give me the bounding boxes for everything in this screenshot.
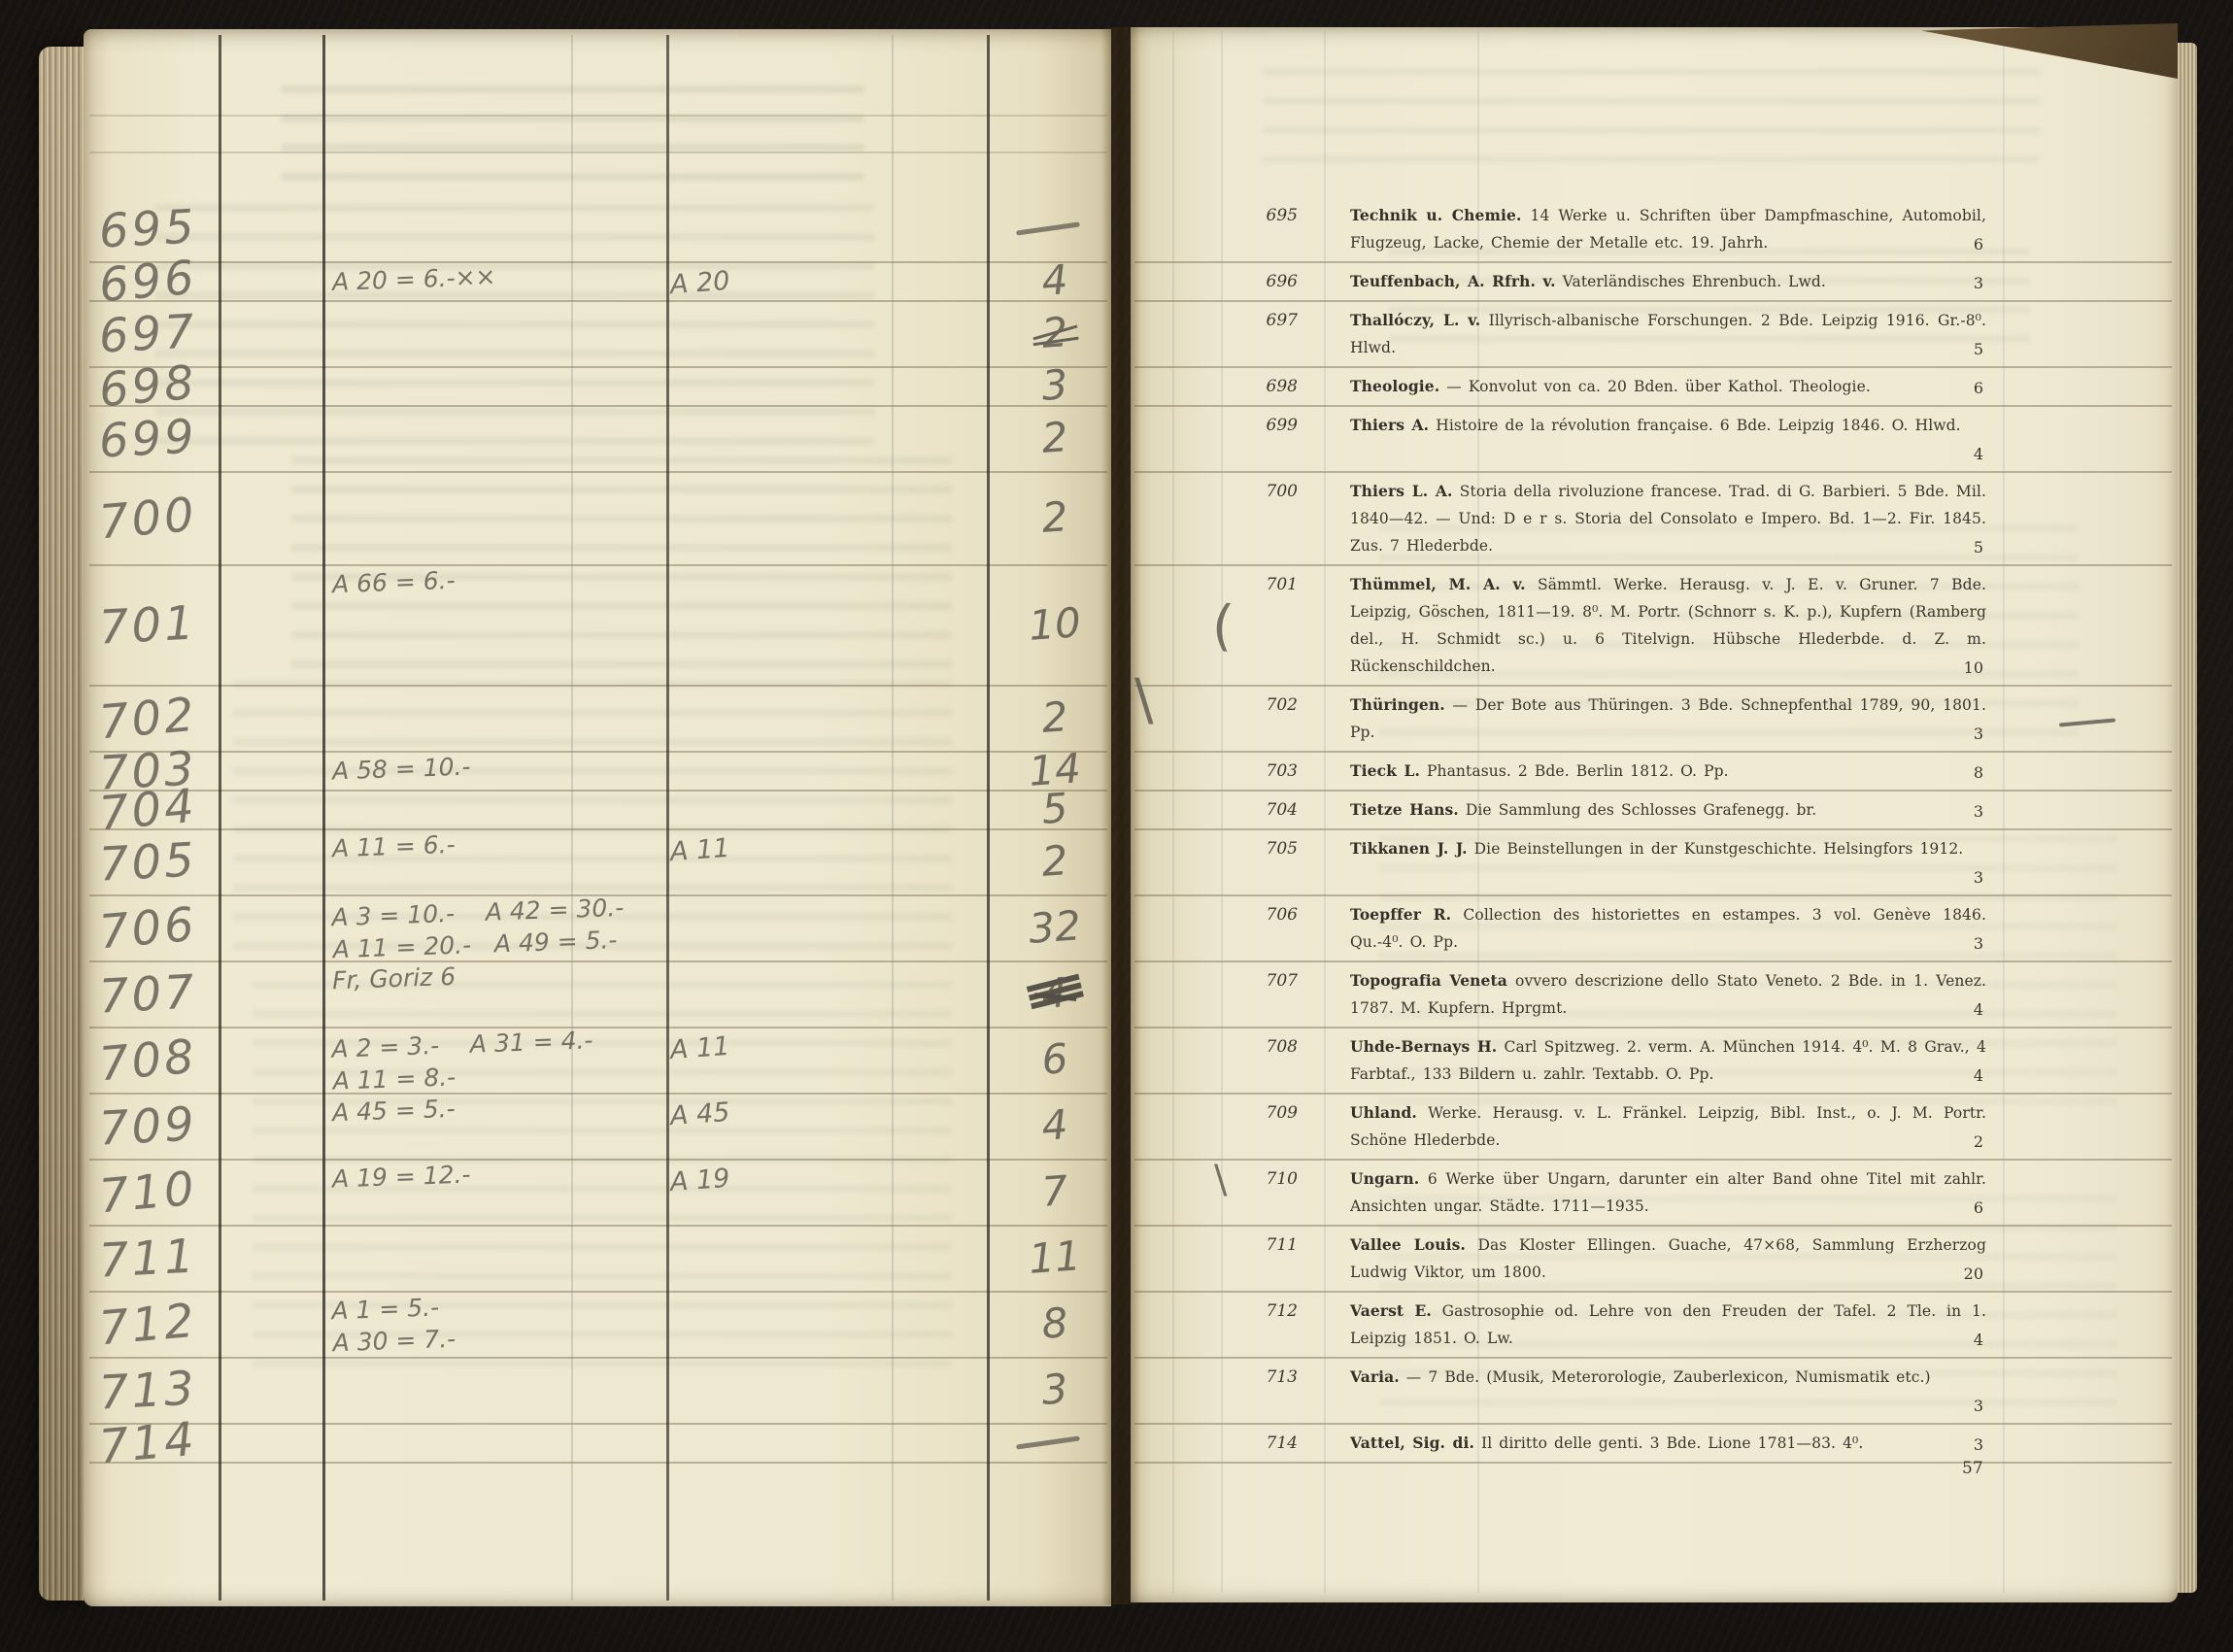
lot-value-number: 3 [1040,1365,1069,1415]
entry-lead: Topografia Veneta [1350,971,1507,990]
pencil-price-note: A 2 = 3.- A 31 = 4.-A 11 = 8.- [331,1024,594,1096]
page-number: 57 [1962,1459,1983,1478]
lot-value-number: 2 [1040,492,1069,543]
catalog-entry: 709Uhland. Werke. Herausg. v. L. Fränkel… [1133,1094,2174,1160]
entry-lead: Thiers A. [1350,416,1429,434]
entry-price: 4 [1974,1062,1983,1090]
pencil-note-line: A 19 = 12.- [331,1159,471,1196]
lot-value-number: 7 [1040,1166,1069,1217]
ledger-row: 705A 11 = 6.-A 112 [84,829,1111,895]
entry-price: 3 [1974,721,1983,748]
catalog-entry: 707Topografia Veneta ovvero descrizione … [1133,961,2174,1028]
lot-value: 6 [985,1030,1124,1089]
ruled-line [89,152,1107,153]
lot-number: 710 [97,1161,199,1226]
lot-value-number: 2 [1040,836,1069,887]
entry-number: 704 [1216,791,1298,824]
lot-value-number: 5 [1040,784,1069,834]
ledger-row: 7002 [84,472,1111,565]
entry-price: 3 [1974,1393,1983,1420]
entry-price: 3 [1974,864,1983,892]
catalog-entry: 700Thiers L. A. Storia della rivoluzione… [1133,472,2174,565]
lot-value-number: 4 [1040,255,1069,306]
entry-text: Tikkanen J. J. Die Beinstellungen in der… [1350,835,1986,893]
entry-lead: Tieck L. [1350,761,1420,780]
entry-description: — Der Bote aus Thüringen. 3 Bde. Schnepf… [1350,696,1986,741]
entry-number: 712 [1216,1292,1298,1325]
catalog-entry: 711Vallee Louis. Das Kloster Ellingen. G… [1133,1226,2174,1292]
pencil-price-note: A 1 = 5.-A 30 = 7.- [331,1291,457,1359]
entry-description: Gastrosophie od. Lehre von den Freuden d… [1350,1302,1986,1347]
lot-number: 699 [98,408,199,469]
pencil-note-line: A 20 = 6.-×× [331,260,496,298]
entry-description: Il diritto delle genti. 3 Bde. Lione 178… [1481,1434,1863,1452]
ledger-row: 712A 1 = 5.-A 30 = 7.-8 [84,1292,1111,1358]
pencil-lot-tag: A 11 [669,1031,730,1065]
lot-value-struck: 4 [1040,968,1069,1019]
entry-description: — Konvolut von ca. 20 Bden. über Kathol.… [1446,378,1871,395]
ledger-row: 7133 [84,1358,1111,1424]
lot-value-number: 6 [1040,1034,1069,1085]
ledger-row: 706A 3 = 10.- A 42 = 30.-A 11 = 20.- A 4… [84,895,1111,961]
entry-number: 700 [1216,472,1298,505]
lot-value: 11 [985,1229,1124,1287]
ledger-row: 6992 [84,406,1111,472]
ledger-row: 707Fr, Goriz 64 [84,961,1111,1028]
catalog-entry: 714Vattel, Sig. di. Il diritto delle gen… [1133,1424,2174,1463]
entry-lead: Thallóczy, L. v. [1350,311,1480,329]
entry-number: 706 [1216,895,1298,928]
entry-description: Histoire de la révolution française. 6 B… [1436,417,1960,434]
lot-value-number: 2 [1040,413,1069,463]
entry-price: 10 [1964,655,1983,682]
ledger-row: 710A 19 = 12.-A 197 [84,1160,1111,1226]
ledger-row: 7045 [84,791,1111,829]
lot-value-struck: 2 [1040,308,1069,358]
entry-price: 3 [1974,1432,1983,1459]
pencil-lot-tag: A 11 [669,833,730,867]
lot-value-number: 11 [1028,1231,1083,1284]
entry-lead: Vaerst E. [1350,1301,1432,1320]
lot-value: 3 [985,1361,1124,1419]
lot-value: 7 [985,1163,1124,1221]
entry-text: Thiers A. Histoire de la révolution fran… [1350,412,1986,470]
catalog-entry: 705Tikkanen J. J. Die Beinstellungen in … [1133,829,2174,895]
entry-number: 696 [1216,262,1298,295]
catalog-entry: 698Theologie. — Konvolut von ca. 20 Bden… [1133,367,2174,406]
pencil-note-line: Fr, Goriz 6 [331,961,456,996]
entry-number: 702 [1216,686,1298,719]
lot-value: 10 [985,595,1124,654]
entry-lead: Tietze Hans. [1350,800,1459,819]
entry-number: 698 [1216,367,1298,400]
catalog-entry: 702Thüringen. — Der Bote aus Thüringen. … [1133,686,2174,752]
ledger-row: 701A 66 = 6.-10 [84,565,1111,686]
entry-number: 713 [1216,1358,1298,1391]
catalog-entry: 699Thiers A. Histoire de la révolution f… [1133,406,2174,472]
entry-price: 6 [1974,231,1983,258]
entry-number: 699 [1216,406,1298,439]
entry-price: 6 [1974,1195,1983,1222]
lot-value: 32 [985,898,1124,957]
page-stack-right-edge [2178,43,2197,1593]
page-stack-left-edge [39,47,85,1601]
ledger-row: 703A 58 = 10.-14 [84,752,1111,791]
entry-number: 708 [1216,1028,1298,1061]
entry-text: Vaerst E. Gastrosophie od. Lehre von den… [1350,1298,1986,1356]
entry-text: Teuffenbach, A. Rfrh. v. Vaterländisches… [1350,268,1986,299]
entry-text: Varia. — 7 Bde. (Musik, Meterorologie, Z… [1350,1364,1986,1422]
entry-price: 5 [1974,534,1983,561]
catalog-entry: 701Thümmel, M. A. v. Sämmtl. Werke. Hera… [1133,565,2174,686]
entry-number: 709 [1216,1094,1298,1127]
entry-description: — 7 Bde. (Musik, Meterorologie, Zauberle… [1406,1368,1931,1386]
lot-number: 700 [97,487,199,552]
ledger-row: 695 [84,196,1111,262]
entry-price: 4 [1974,441,1983,468]
lot-number: 712 [97,1293,199,1358]
entry-price: 2 [1974,1129,1983,1156]
ruled-line [89,115,1107,117]
pencil-note-line: A 45 = 5.- [331,1093,456,1129]
catalog-entry: 695Technik u. Chemie. 14 Werke u. Schrif… [1133,196,2174,262]
entry-price: 8 [1974,759,1983,787]
entry-number: 711 [1216,1226,1298,1259]
pencil-lot-tag: A 19 [669,1163,730,1197]
entry-price: 4 [1974,1327,1983,1354]
ledger-row: 71111 [84,1226,1111,1292]
lot-value: 2 [985,689,1124,747]
lot-value-number: 32 [1028,901,1083,954]
entry-text: Tieck L. Phantasus. 2 Bde. Berlin 1812. … [1350,758,1986,789]
pencil-price-note: A 45 = 5.- [331,1093,456,1129]
pencil-price-note: A 20 = 6.-×× [331,260,496,298]
pencil-stroke-702: \ [1134,666,1154,732]
pencil-lot-tag: A 20 [669,266,730,300]
entry-number: 703 [1216,752,1298,785]
ledger-row: 7022 [84,686,1111,752]
pencil-note-line: A 66 = 6.- [331,564,456,600]
entry-text: Uhde-Bernays H. Carl Spitzweg. 2. verm. … [1350,1033,1986,1092]
entry-lead: Varia. [1350,1367,1400,1386]
lot-value-number: 8 [1040,1298,1069,1349]
entry-description: Die Beinstellungen in der Kunstgeschicht… [1474,840,1964,858]
pencil-price-note: A 3 = 10.- A 42 = 30.-A 11 = 20.- A 49 =… [331,892,626,965]
entry-text: Theologie. — Konvolut von ca. 20 Bden. ü… [1350,373,1986,404]
entry-text: Thümmel, M. A. v. Sämmtl. Werke. Herausg… [1350,571,1986,684]
entry-price: 4 [1974,996,1983,1024]
lot-value-number: 4 [1040,1100,1069,1151]
entry-number: 705 [1216,829,1298,862]
ledger-row: 714 [84,1424,1111,1463]
entry-lead: Toepffer R. [1350,905,1451,924]
pencil-note-line: A 1 = 5.- [331,1291,456,1327]
ledger-row: 708A 2 = 3.- A 31 = 4.-A 11 = 8.-A 116 [84,1028,1111,1094]
lot-value: 4 [985,1096,1124,1155]
entry-text: Thallóczy, L. v. Illyrisch-albanische Fo… [1350,307,1986,365]
lot-value-number: 10 [1028,598,1083,651]
entry-text: Toepffer R. Collection des historiettes … [1350,901,1986,960]
entry-price: 5 [1974,336,1983,363]
entry-price: 3 [1974,270,1983,297]
entry-lead: Thümmel, M. A. v. [1350,575,1526,593]
lot-number: 711 [98,1228,199,1289]
entry-text: Ungarn. 6 Werke über Ungarn, darunter ei… [1350,1165,1986,1224]
entry-lead: Technik u. Chemie. [1350,206,1521,224]
pencil-price-note: Fr, Goriz 6 [331,961,456,996]
bleed-through-text [1263,68,2040,185]
lot-value: 2 [985,832,1124,891]
lot-value: 4 [985,964,1124,1023]
entry-text: Thüringen. — Der Bote aus Thüringen. 3 B… [1350,691,1986,750]
lot-number: 705 [98,831,199,893]
pencil-stroke-710: \ [1214,1158,1227,1202]
lot-value: 8 [985,1295,1124,1353]
lot-value-number: 3 [1040,360,1069,411]
catalog-entry: 696Teuffenbach, A. Rfrh. v. Vaterländisc… [1133,262,2174,301]
lot-value-number: 2 [1040,692,1069,743]
lot-value: 2 [985,409,1124,467]
catalog-entry: 710Ungarn. 6 Werke über Ungarn, darunter… [1133,1160,2174,1226]
entry-text: Uhland. Werke. Herausg. v. L. Fränkel. L… [1350,1099,1986,1158]
pencil-price-note: A 19 = 12.- [331,1159,471,1196]
entry-description: Vaterländisches Ehrenbuch. Lwd. [1563,273,1826,290]
catalog-entry: 708Uhde-Bernays H. Carl Spitzweg. 2. ver… [1133,1028,2174,1094]
ledger-row: 709A 45 = 5.-A 454 [84,1094,1111,1160]
entry-text: Technik u. Chemie. 14 Werke u. Schriften… [1350,202,1986,260]
entry-price: 20 [1964,1261,1983,1288]
entry-text: Tietze Hans. Die Sammlung des Schlosses … [1350,796,1986,827]
pencil-price-note: A 11 = 6.- [331,828,456,864]
entry-number: 701 [1216,565,1298,598]
entry-text: Vattel, Sig. di. Il diritto delle genti.… [1350,1430,1986,1461]
entry-lead: Vattel, Sig. di. [1350,1433,1474,1452]
book-photo: 695696A 20 = 6.-××A 20469726983699270027… [0,0,2233,1652]
entry-lead: Thiers L. A. [1350,482,1453,500]
entry-number: 697 [1216,301,1298,334]
entry-number: 710 [1216,1160,1298,1193]
lot-value: 2 [985,489,1124,547]
entry-description: Phantasus. 2 Bde. Berlin 1812. O. Pp. [1427,762,1729,780]
lot-number: 706 [97,896,199,961]
entry-description: 6 Werke über Ungarn, darunter ein alter … [1350,1170,1986,1215]
pencil-brace-701: ( [1210,593,1235,657]
ledger-row: 6983 [84,367,1111,406]
entry-lead: Tikkanen J. J. [1350,839,1468,858]
pencil-note-line: A 30 = 7.- [332,1323,457,1359]
entry-text: Vallee Louis. Das Kloster Ellingen. Guac… [1350,1231,1986,1290]
ledger-row: 696A 20 = 6.-××A 204 [84,262,1111,301]
entry-price: 6 [1974,375,1983,402]
lot-number: 714 [97,1411,199,1476]
catalog-entry: 713Varia. — 7 Bde. (Musik, Meterorologie… [1133,1358,2174,1424]
lot-number: 707 [98,963,199,1025]
lot-number: 709 [98,1096,199,1157]
catalog-entry: 703Tieck L. Phantasus. 2 Bde. Berlin 181… [1133,752,2174,791]
entry-price: 3 [1974,798,1983,826]
entry-description: Werke. Herausg. v. L. Fränkel. Leipzig, … [1350,1104,1986,1149]
pencil-price-note: A 58 = 10.- [331,751,471,788]
entry-description: Die Sammlung des Schlosses Grafenegg. br… [1466,801,1816,819]
entry-lead: Ungarn. [1350,1169,1419,1188]
entry-lead: Uhde-Bernays H. [1350,1037,1497,1056]
entry-lead: Vallee Louis. [1350,1235,1466,1254]
lot-number: 701 [98,594,199,656]
catalog-entry: 697Thallóczy, L. v. Illyrisch-albanische… [1133,301,2174,367]
entry-number: 695 [1216,196,1298,229]
pencil-note-line: A 58 = 10.- [331,751,471,788]
catalog-entry: 706Toepffer R. Collection des historiett… [1133,895,2174,961]
lot-value-dash [1016,221,1080,235]
lot-value: 2 [985,304,1124,362]
bleed-through-text [282,85,864,202]
entry-lead: Uhland. [1350,1103,1417,1122]
lot-number: 708 [97,1028,199,1094]
entry-price: 3 [1974,930,1983,958]
ledger-row: 6972 [84,301,1111,367]
pencil-price-note: A 66 = 6.- [331,564,456,600]
entry-text: Thiers L. A. Storia della rivoluzione fr… [1350,478,1986,563]
entry-lead: Thüringen. [1350,695,1445,714]
pencil-lot-tag: A 45 [669,1097,730,1131]
lot-value-dash [1016,1435,1080,1449]
entry-text: Topografia Veneta ovvero descrizione del… [1350,967,1986,1026]
entry-lead: Teuffenbach, A. Rfrh. v. [1350,272,1556,290]
entry-number: 714 [1216,1424,1298,1457]
entry-number: 707 [1216,961,1298,995]
entry-lead: Theologie. [1350,377,1439,395]
catalog-entry: 712Vaerst E. Gastrosophie od. Lehre von … [1133,1292,2174,1358]
catalog-entry: 704Tietze Hans. Die Sammlung des Schloss… [1133,791,2174,829]
pencil-note-line: A 11 = 6.- [331,828,456,864]
